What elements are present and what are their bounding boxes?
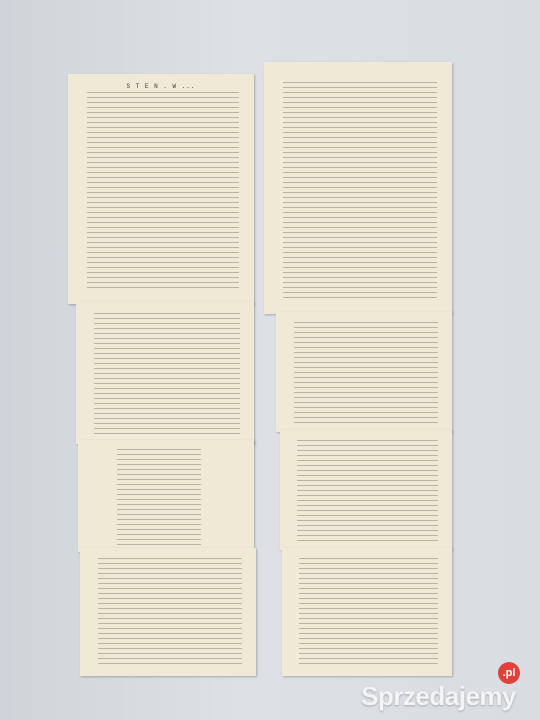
typed-text-block (117, 449, 201, 545)
document-page-left-4 (80, 548, 256, 676)
document-page-left-3 (78, 440, 254, 552)
document-page-left-2 (76, 302, 254, 444)
typed-text-block (98, 558, 242, 668)
typed-text-block (299, 558, 438, 668)
document-page-right-4 (282, 548, 452, 676)
typed-text-block (294, 322, 438, 425)
typed-text-block (94, 313, 240, 435)
document-page-left-1: S T E N . W ... (68, 74, 254, 304)
watermark-logo: Sprzedajemy (361, 681, 516, 712)
typed-text-block (297, 440, 438, 543)
document-page-right-2 (276, 312, 452, 432)
document-page-right-3 (280, 430, 452, 550)
page-title: S T E N . W ... (68, 83, 254, 90)
typed-text-block (283, 82, 437, 299)
typed-text-block (87, 92, 240, 290)
document-page-right-1 (264, 62, 452, 314)
